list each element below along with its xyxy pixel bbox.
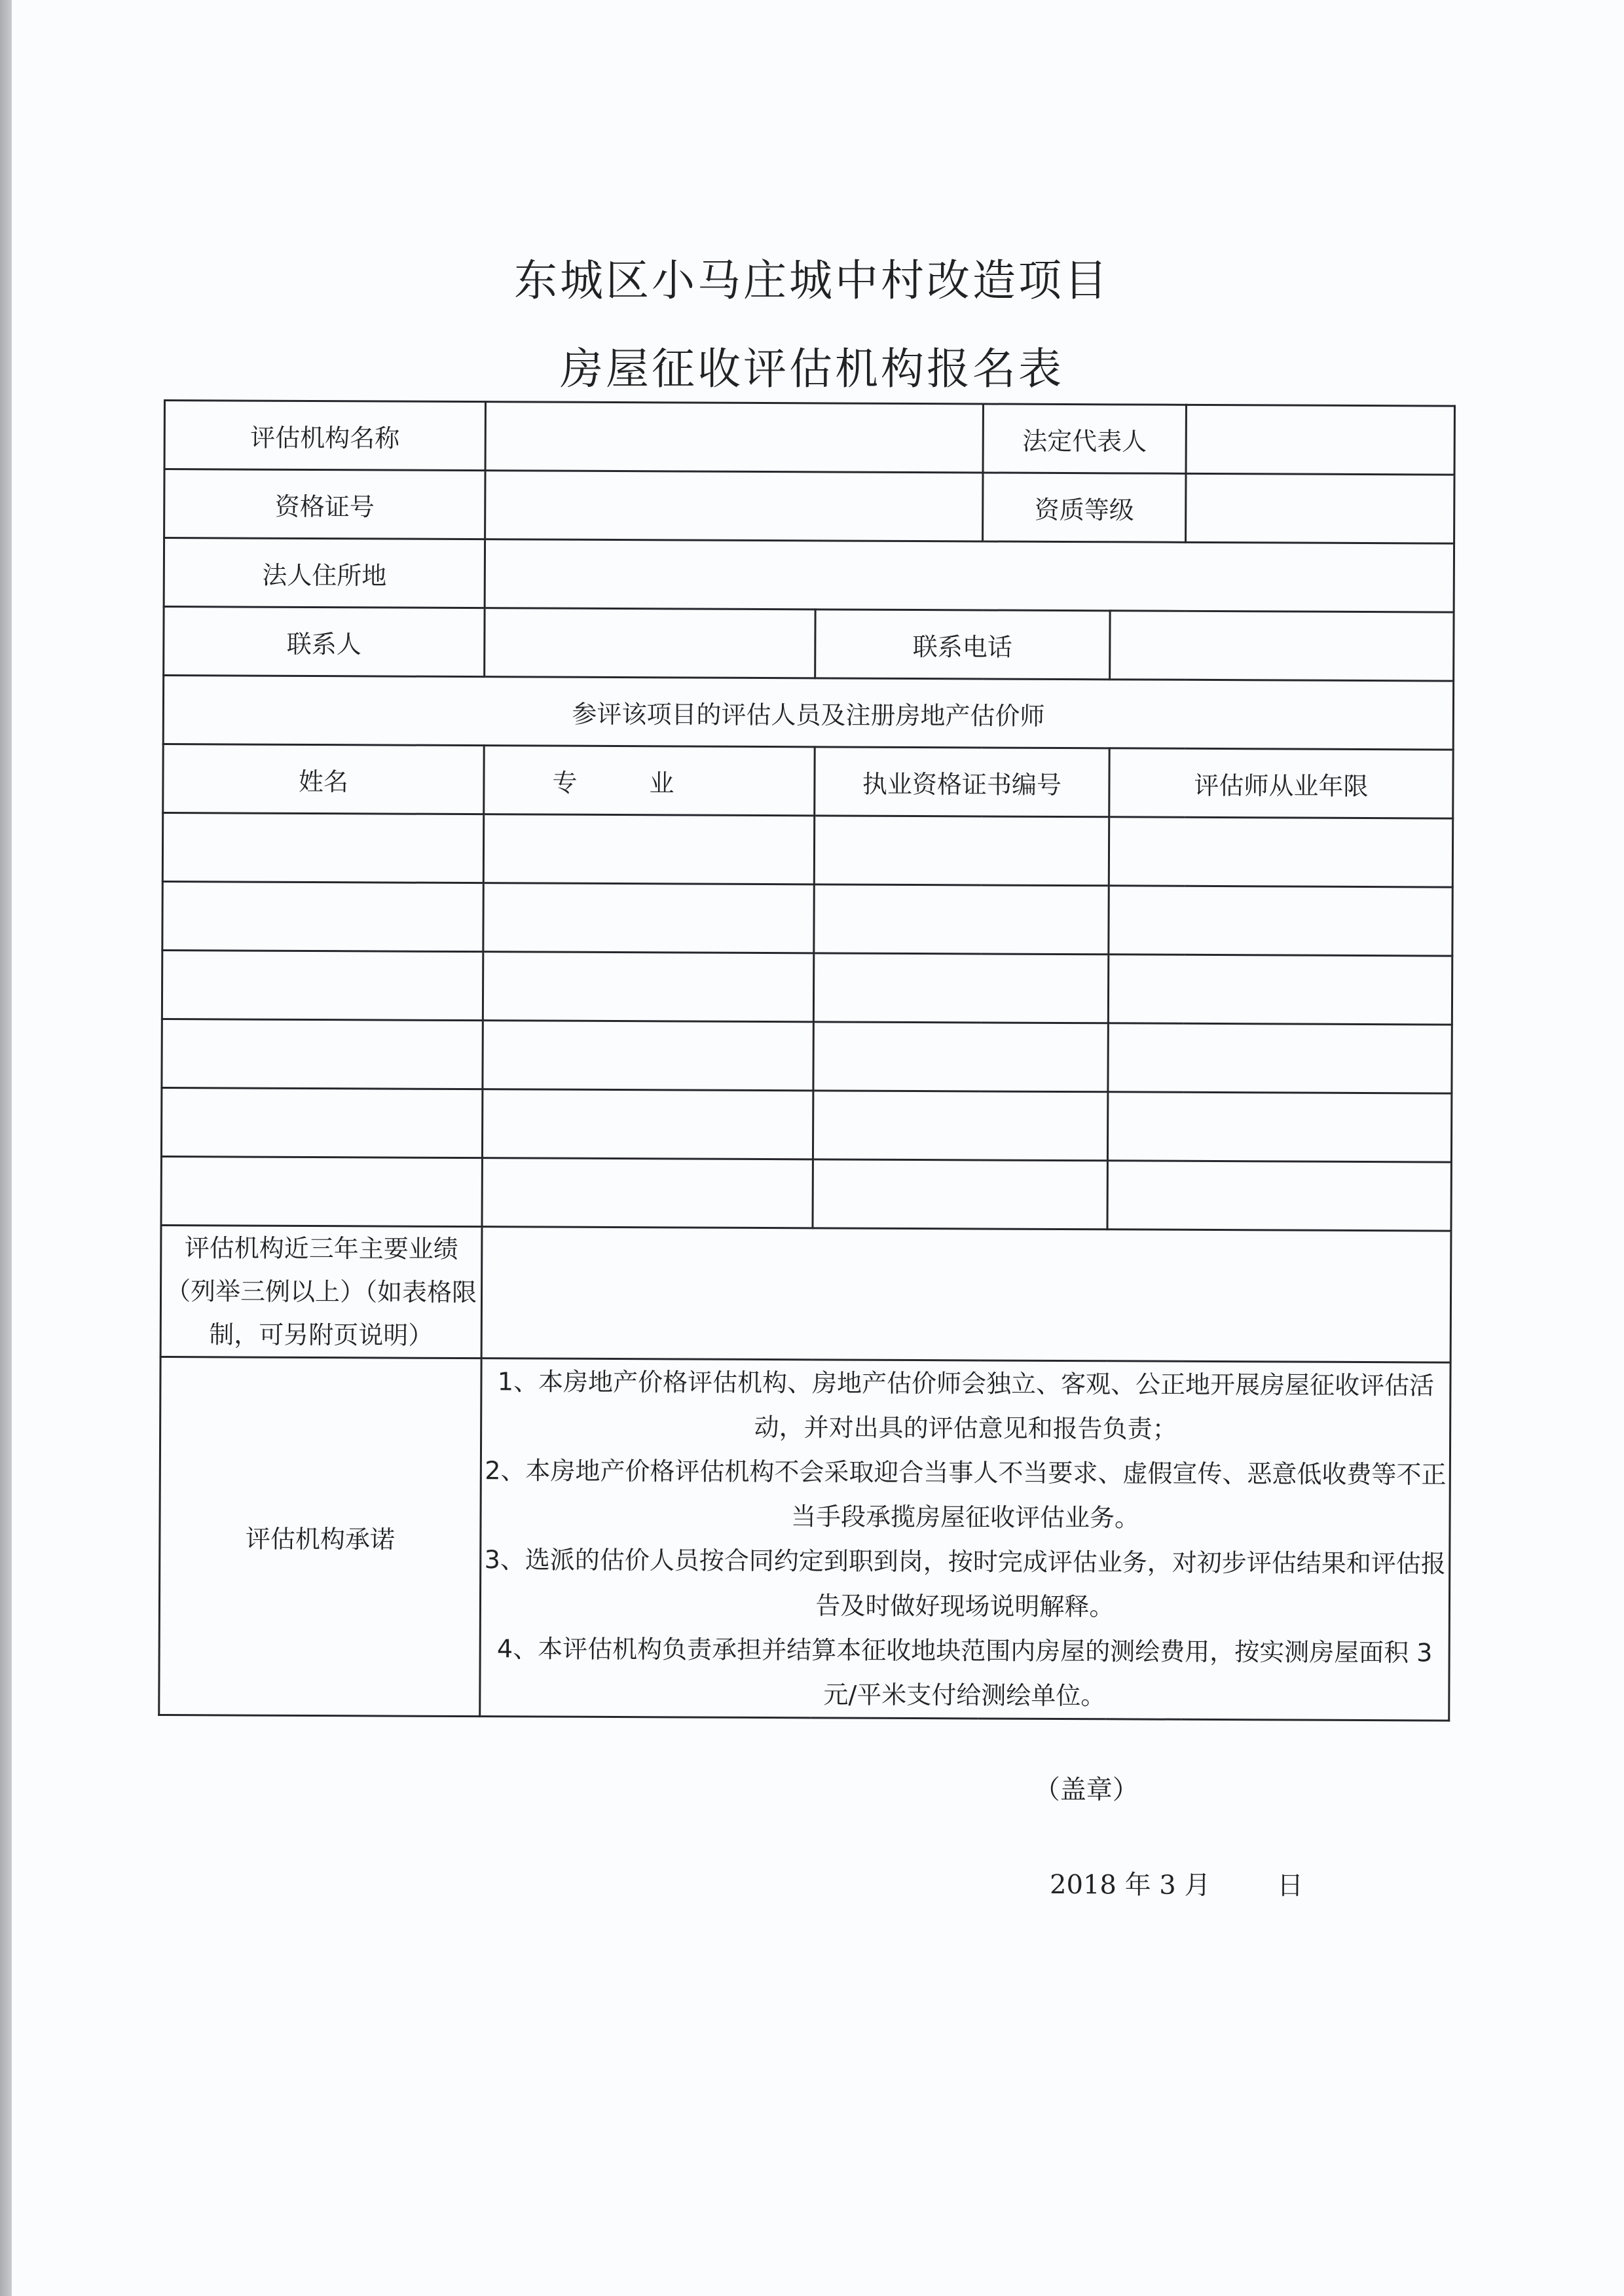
appraiser-years-cell[interactable] [1107, 1092, 1451, 1162]
row-legal-address: 法人住所地 [164, 538, 1454, 613]
column-header-specialty-text: 专业 [552, 768, 746, 797]
appraisers-body [161, 813, 1453, 1231]
appraiser-specialty-cell[interactable] [483, 952, 813, 1022]
performance-field[interactable] [481, 1227, 1451, 1362]
legal-address-label: 法人住所地 [164, 538, 485, 608]
column-header-cert-number: 执业资格证书编号 [815, 747, 1109, 817]
appraiser-years-cell[interactable] [1109, 886, 1452, 956]
contact-phone-label: 联系电话 [815, 610, 1110, 680]
appraiser-specialty-cell[interactable] [483, 814, 814, 884]
column-header-specialty: 专业 [484, 746, 815, 816]
table-row [162, 813, 1452, 888]
appraiser-specialty-cell[interactable] [482, 1158, 813, 1228]
table-row [161, 1156, 1451, 1231]
row-appraisers-section: 参评该项目的评估人员及注册房地产估价师 [163, 676, 1453, 750]
appraisers-section-title: 参评该项目的评估人员及注册房地产估价师 [163, 676, 1453, 750]
contact-person-label: 联系人 [164, 607, 485, 677]
table-row [162, 881, 1452, 956]
qualification-level-field[interactable] [1186, 473, 1454, 543]
legal-rep-field[interactable] [1186, 405, 1454, 475]
row-qualification: 资格证号 资质等级 [164, 469, 1454, 544]
document-title: 东城区小马庄城中村改造项目 [0, 246, 1624, 308]
table-row [162, 950, 1452, 1025]
appraiser-cert-number-cell[interactable] [813, 953, 1108, 1023]
appraiser-name-cell[interactable] [162, 1019, 483, 1089]
appraiser-cert-number-cell[interactable] [814, 816, 1109, 886]
appraiser-years-cell[interactable] [1108, 955, 1452, 1025]
seal-placeholder: （盖章） [1034, 1768, 1139, 1813]
legal-rep-label: 法定代表人 [983, 404, 1186, 473]
appraiser-specialty-cell[interactable] [483, 1021, 813, 1091]
column-header-years: 评估师从业年限 [1109, 748, 1453, 818]
commitment-body: 1、本房地产价格评估机构、房地产估价师会独立、客观、公正地开展房屋征收评估活动，… [480, 1358, 1450, 1721]
appraiser-name-cell[interactable] [162, 950, 483, 1020]
appraiser-cert-number-cell[interactable] [814, 884, 1109, 955]
appraiser-name-cell[interactable] [162, 881, 483, 951]
table-row [162, 1019, 1452, 1093]
registration-form-table: 评估机构名称 法定代表人 资格证号 资质等级 法人住所地 联系人 联系电话 参评… [158, 399, 1456, 1722]
appraiser-cert-number-cell[interactable] [813, 1091, 1107, 1161]
commitment-label: 评估机构承诺 [159, 1357, 481, 1716]
document-subtitle: 房屋征收评估机构报名表 [0, 334, 1624, 396]
appraiser-years-cell[interactable] [1109, 817, 1452, 887]
row-commitment: 评估机构承诺 1、本房地产价格评估机构、房地产估价师会独立、客观、公正地开展房屋… [159, 1357, 1450, 1721]
appraiser-years-cell[interactable] [1107, 1161, 1451, 1231]
agency-name-label: 评估机构名称 [164, 401, 485, 471]
appraiser-cert-number-cell[interactable] [813, 1159, 1107, 1230]
contact-person-field[interactable] [485, 608, 815, 678]
contact-phone-field[interactable] [1110, 611, 1454, 681]
appraiser-years-cell[interactable] [1108, 1023, 1452, 1093]
appraiser-name-cell[interactable] [162, 813, 483, 883]
row-contact: 联系人 联系电话 [164, 607, 1454, 682]
appraiser-name-cell[interactable] [161, 1087, 482, 1157]
commitment-item-3: 3、选派的估价人员按合同约定到职到岗，按时完成评估业务，对初步评估结果和评估报告… [481, 1537, 1449, 1630]
appraisers-header-row: 姓名 专业 执业资格证书编号 评估师从业年限 [163, 744, 1453, 819]
table-row [161, 1087, 1451, 1162]
row-agency-name: 评估机构名称 法定代表人 [164, 401, 1454, 475]
commitment-item-4: 4、本评估机构负责承担并结算本征收地块范围内房屋的测绘费用，按实测房屋面积 3 … [481, 1626, 1449, 1719]
signature-date: 2018 年 3 月 日 [1050, 1863, 1303, 1908]
qualification-cert-label: 资格证号 [164, 469, 485, 539]
appraiser-specialty-cell[interactable] [482, 1089, 813, 1159]
qualification-level-label: 资质等级 [983, 473, 1186, 542]
commitment-item-1: 1、本房地产价格评估机构、房地产估价师会独立、客观、公正地开展房屋征收评估活动，… [482, 1359, 1450, 1452]
column-header-name: 姓名 [163, 744, 484, 814]
row-performance: 评估机构近三年主要业绩（列举三例以上）（如表格限制，可另附页说明） [160, 1225, 1451, 1362]
appraiser-cert-number-cell[interactable] [813, 1022, 1108, 1092]
legal-address-field[interactable] [485, 539, 1454, 612]
agency-name-field[interactable] [485, 402, 983, 473]
qualification-cert-field[interactable] [485, 471, 983, 541]
appraiser-name-cell[interactable] [161, 1156, 482, 1226]
performance-label: 评估机构近三年主要业绩（列举三例以上）（如表格限制，可另附页说明） [160, 1225, 482, 1358]
commitment-item-2: 2、本房地产价格评估机构不会采取迎合当事人不当要求、虚假宣传、恶意低收费等不正当… [481, 1448, 1449, 1541]
appraiser-specialty-cell[interactable] [483, 883, 814, 953]
